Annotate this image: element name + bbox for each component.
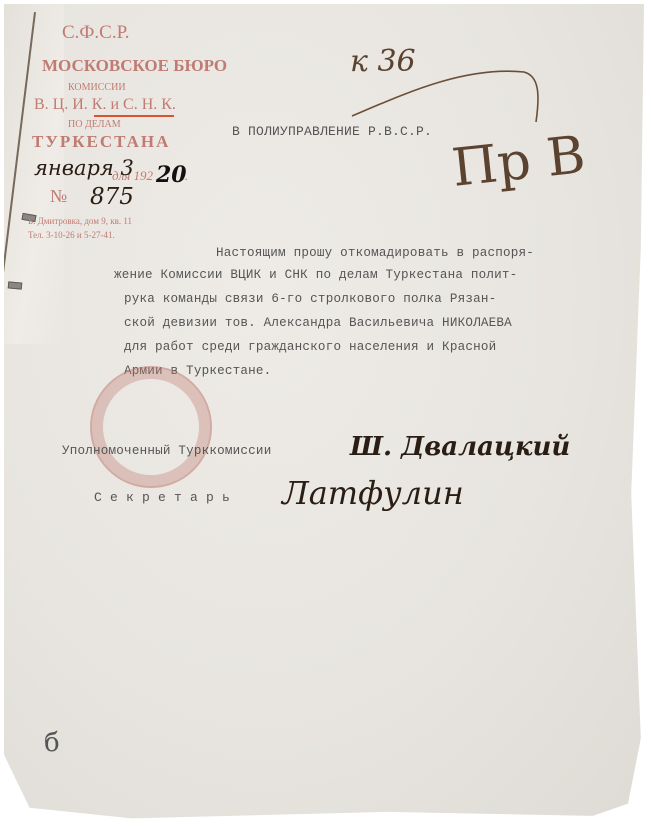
signatory-title-2: С е к р е т а р ь: [94, 490, 230, 505]
letterhead-bureau: МОСКОВСКОЕ БЮРО: [42, 56, 227, 76]
handwritten-resolution: Пр В: [449, 125, 588, 199]
body-line: жение Комиссии ВЦИК и СНК по делам Турке…: [114, 268, 517, 282]
red-underline: [94, 115, 174, 117]
signatory-title-1: Уполномоченный Турккомиссии: [62, 444, 271, 458]
letterhead-republic: С.Ф.С.Р.: [62, 22, 130, 44]
letterhead-vcik-snk: В. Ц. И. К. и С. Н. К.: [34, 96, 176, 114]
body-line: ской девизии тов. Александра Васильевича…: [124, 316, 512, 330]
letterhead-phones: Тел. 3-10-26 и 5-27-41.: [28, 230, 115, 240]
letterhead-po-delam: ПО ДЕЛАМ: [68, 119, 121, 130]
handwritten-stroke: [344, 54, 544, 124]
body-line: рука команды связи 6-го стролкового полк…: [124, 292, 496, 306]
handwritten-year: 20: [156, 162, 187, 188]
page-mark: б: [44, 728, 60, 758]
round-seal-stamp: [90, 366, 212, 488]
body-line: Настоящим прошу откомадировать в распоря…: [216, 246, 534, 260]
letterhead-commission: КОМИССИИ: [68, 82, 126, 93]
letterhead-number-prefix: №: [50, 186, 67, 207]
staple-icon: [8, 281, 23, 289]
document-page: С.Ф.С.Р. МОСКОВСКОЕ БЮРО КОМИССИИ В. Ц. …: [4, 4, 644, 820]
addressee: В ПОЛИУПРАВЛЕНИЕ Р.В.С.Р.: [232, 124, 432, 139]
handwritten-number: 875: [90, 184, 134, 210]
signature-secretary: Латфулин: [282, 474, 464, 512]
handwritten-date: января 3: [34, 156, 134, 180]
signature-upolnomochenny: Ш. Двалацкий: [350, 432, 570, 462]
letterhead-turkestan: ТУРКЕСТАНА: [32, 132, 170, 152]
body-line: для работ среди гражданского населения и…: [124, 340, 496, 354]
letterhead-address: Б. Дмитровка, дом 9, кв. 11: [28, 216, 132, 226]
